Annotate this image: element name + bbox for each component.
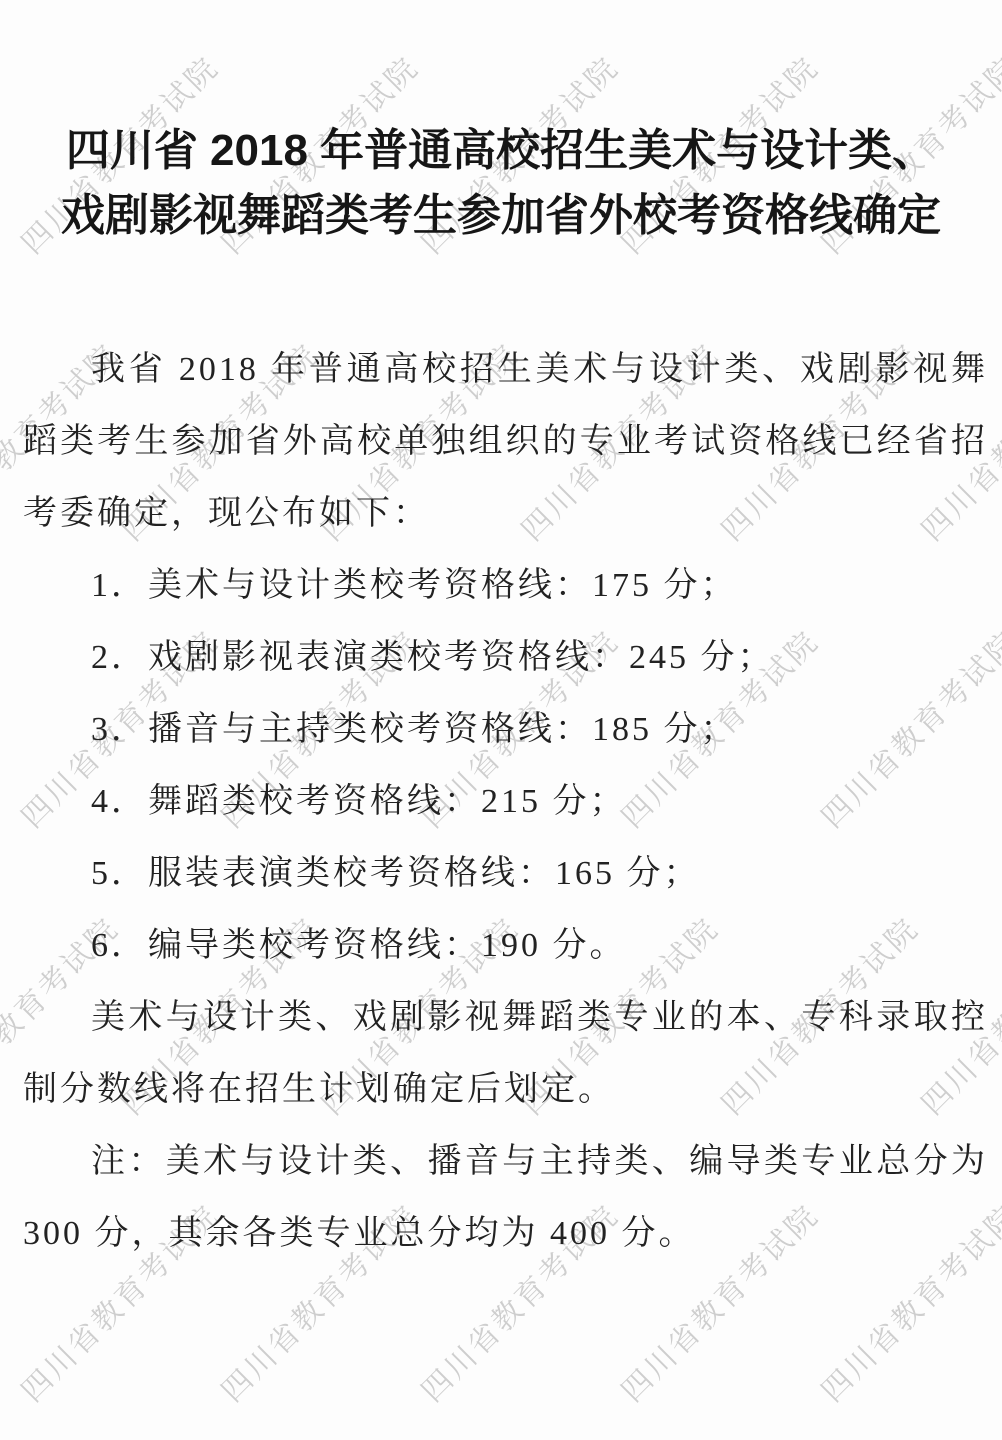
intro-paragraph: 我省 2018 年普通高校招生美术与设计类、戏剧影视舞蹈类考生参加省外高校单独组… [23,334,988,550]
qualification-list: 1．美术与设计类校考资格线：175 分；2．戏剧影视表演类校考资格线：245 分… [23,550,988,982]
document-body: 我省 2018 年普通高校招生美术与设计类、戏剧影视舞蹈类考生参加省外高校单独组… [0,334,1002,1270]
qualification-line-item: 6．编导类校考资格线：190 分。 [23,910,988,982]
qualification-line-item: 3．播音与主持类校考资格线：185 分； [23,694,988,766]
score-note-paragraph: 注：美术与设计类、播音与主持类、编导类专业总分为 300 分，其余各类专业总分均… [23,1126,988,1270]
document-title-line-1: 四川省 2018 年普通高校招生美术与设计类、 [0,118,1002,183]
qualification-line-item: 4．舞蹈类校考资格线：215 分； [23,766,988,838]
qualification-line-item: 2．戏剧影视表演类校考资格线：245 分； [23,622,988,694]
page: { "document": { "title_line1": "四川省 2018… [0,0,1002,1440]
document-title: 四川省 2018 年普通高校招生美术与设计类、 戏剧影视舞蹈类考生参加省外校考资… [0,118,1002,248]
qualification-line-item: 1．美术与设计类校考资格线：175 分； [23,550,988,622]
document: 四川省 2018 年普通高校招生美术与设计类、 戏剧影视舞蹈类考生参加省外校考资… [0,0,1002,1270]
document-title-line-2: 戏剧影视舞蹈类考生参加省外校考资格线确定 [0,183,1002,248]
control-line-paragraph: 美术与设计类、戏剧影视舞蹈类专业的本、专科录取控制分数线将在招生计划确定后划定。 [23,982,988,1126]
qualification-line-item: 5．服装表演类校考资格线：165 分； [23,838,988,910]
